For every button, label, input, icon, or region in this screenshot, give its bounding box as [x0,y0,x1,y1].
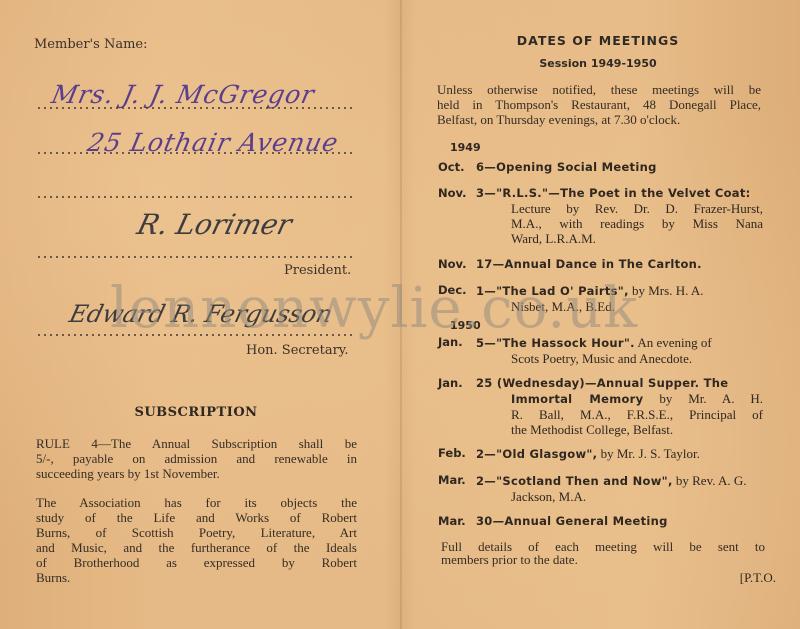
meeting-month: Oct. [438,160,464,175]
meeting-title: 17—Annual Dance in The Carlton. [476,257,702,271]
meeting-title: 6—Opening Social Meeting [476,160,657,174]
meeting-detail: Jackson, M.A. [511,489,763,504]
president-signature: R. Lorimer [134,208,295,241]
meeting-title: 2—"Old Glasgow", [476,447,597,461]
meeting-speaker: by Mr. A. H. [643,391,763,406]
objects-line: of Brotherhood as expressed by Robert [36,555,357,570]
meeting-month: Nov. [438,186,466,201]
member-address-line [36,152,354,154]
year-1949: 1949 [450,141,481,154]
subscription-rule: RULE 4—The Annual Subscription shall be … [36,436,357,481]
meeting-detail: Ward, L.R.A.M. [511,231,763,246]
meeting-month: Nov. [438,257,466,272]
intro-line: held in Thompson's Restaurant, 48 Donega… [437,97,761,112]
year-1950: 1950 [450,319,481,332]
meeting-month: Mar. [438,514,466,529]
meeting-detail: M.A., with readings by Miss Nana [511,216,763,231]
meeting-detail: R. Ball, M.A., F.R.S.E., Principal of [511,407,763,422]
objects-line: study of the Life and Works of Robert [36,510,357,525]
meeting-description: An evening of [635,335,712,350]
blank-line [36,196,354,198]
right-page: DATES OF MEETINGS Session 1949-1950 Unle… [400,0,800,629]
meeting-title: 5—"The Hassock Hour". [476,336,635,350]
please-turn-over: [P.T.O. [740,570,776,586]
meeting-subtitle: Immortal Memory [511,392,643,406]
secretary-label: Hon. Secretary. [246,343,349,358]
meeting-detail: the Methodist College, Belfast. [511,422,763,437]
meeting-month: Mar. [438,473,466,488]
intro-line: Unless otherwise notified, these meeting… [437,82,761,97]
intro-paragraph: Unless otherwise notified, these meeting… [437,82,761,127]
member-name-handwritten: Mrs. J. J. McGregor [49,80,318,109]
meeting-title: 30—Annual General Meeting [476,514,668,528]
dates-heading: DATES OF MEETINGS [398,33,798,48]
meeting-title: 25 (Wednesday)—Annual Supper. The [476,376,728,390]
left-page: Member's Name: Mrs. J. J. McGregor 25 Lo… [0,0,400,629]
subscription-heading: SUBSCRIPTION [0,405,396,420]
secretary-signature: Edward R. Fergusson [67,300,336,328]
meeting-month: Dec. [438,283,467,298]
meeting-month: Jan. [438,335,463,350]
footer-note: Full details of each meeting will be sen… [441,540,765,566]
footer-line: members prior to the date. [441,553,765,566]
meeting-detail: Nisbet, M.A., B.Ed. [511,299,763,314]
objects-line: The Association has for its objects the [36,495,357,510]
objects-line: Burns. [36,570,357,585]
secretary-line [36,334,354,336]
meeting-title: 1—"The Lad O' Pairts", [476,284,629,298]
meeting-detail: Lecture by Rev. Dr. D. Frazer-Hurst, [511,201,763,216]
intro-line: Belfast, on Thursday evenings, at 7.30 o… [437,112,761,127]
objects-line: Burns, of Scottish Poetry, Literature, A… [36,525,357,540]
meeting-month: Feb. [438,446,466,461]
rule-line: succeeding years by 1st November. [36,466,357,481]
president-line [36,256,354,258]
rule-line: 5/-, payable on admission and renewable … [36,451,357,466]
association-objects: The Association has for its objects the … [36,495,357,585]
meeting-speaker: by Mrs. H. A. [629,283,704,298]
meeting-speaker: by Rev. A. G. [673,473,747,488]
meeting-detail: Scots Poetry, Music and Anecdote. [511,351,763,366]
meeting-title: 3—"R.L.S."—The Poet in the Velvet Coat: [476,186,751,200]
member-name-line [36,107,354,109]
objects-line: and Music, and the furtherance of the Id… [36,540,357,555]
president-label: President. [284,263,351,278]
meeting-title: 2—"Scotland Then and Now", [476,474,673,488]
meeting-month: Jan. [438,376,463,391]
meeting-speaker: by Mr. J. S. Taylor. [597,446,700,461]
rule-line: RULE 4—The Annual Subscription shall be [36,436,357,451]
member-name-label: Member's Name: [34,37,147,52]
session-label: Session 1949-1950 [398,57,798,70]
